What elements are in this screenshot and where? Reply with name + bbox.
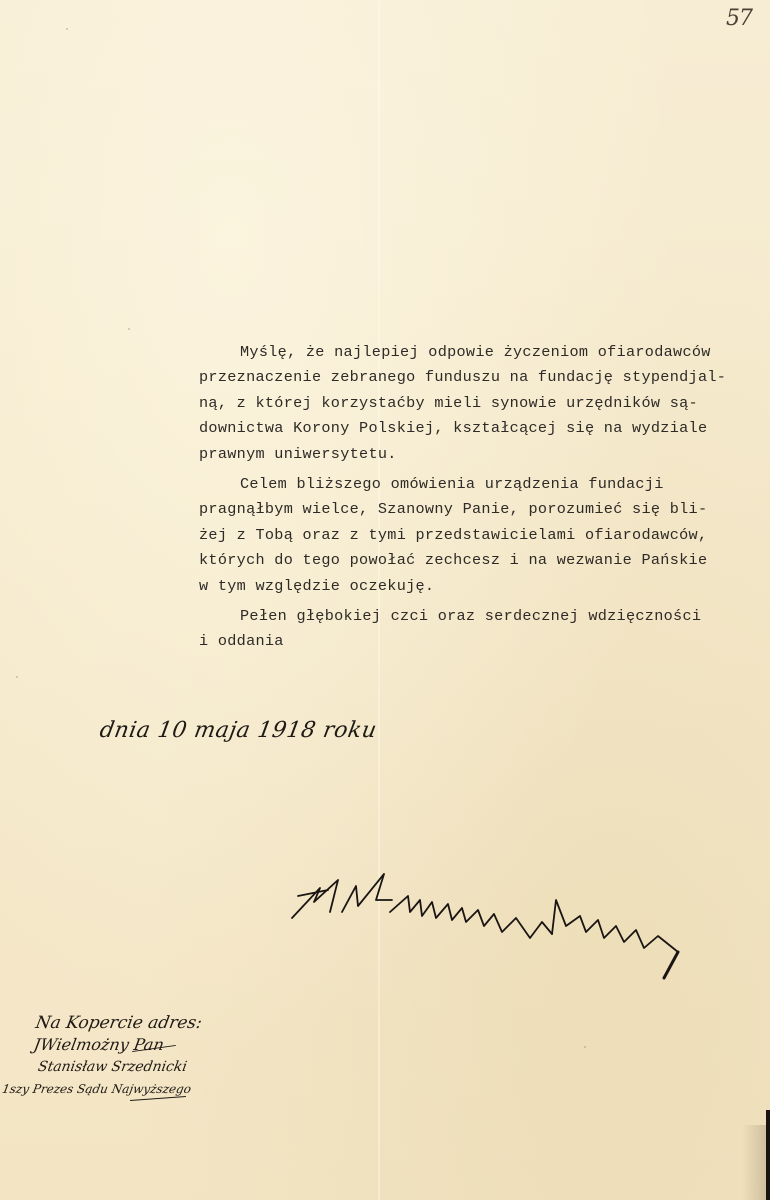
paper-speck bbox=[66, 28, 68, 30]
body-line: Celem bliższego omówienia urządzenia fun… bbox=[199, 472, 759, 497]
body-line: prawnym uniwersytetu. bbox=[199, 442, 759, 467]
address-line: Na Kopercie adres: bbox=[34, 1012, 205, 1034]
letter-body: Myślę, że najlepiej odpowie życzeniom of… bbox=[199, 340, 759, 655]
paper-speck bbox=[128, 328, 130, 330]
body-line: żej z Tobą oraz z tymi przedstawicielami… bbox=[199, 523, 759, 548]
body-line: w tym względzie oczekuję. bbox=[199, 574, 759, 599]
page-edge bbox=[766, 1110, 770, 1200]
address-line: Stanisław Srzednicki bbox=[26, 1056, 197, 1078]
body-line: pragnąłbym wielce, Szanowny Panie, poroz… bbox=[199, 497, 759, 522]
body-line: przeznaczenie zebranego funduszu na fund… bbox=[199, 365, 759, 390]
body-line: których do tego powołać zechcesz i na we… bbox=[199, 548, 759, 573]
page-number: 57 bbox=[726, 6, 752, 31]
paper-speck bbox=[584, 1046, 586, 1048]
page-edge-shadow bbox=[742, 1125, 766, 1200]
body-line: i oddania bbox=[199, 629, 759, 654]
signature bbox=[280, 860, 700, 990]
paper-speck bbox=[16, 676, 18, 678]
body-line: Pełen głębokiej czci oraz serdecznej wdz… bbox=[199, 604, 759, 629]
handwritten-date: dnia 10 maja 1918 roku bbox=[98, 718, 379, 743]
envelope-address-note: Na Kopercie adres: JWielmożny Pan Stanis… bbox=[22, 1012, 204, 1100]
body-line: ną, z której korzystaćby mieli synowie u… bbox=[199, 391, 759, 416]
body-line: Myślę, że najlepiej odpowie życzeniom of… bbox=[199, 340, 759, 365]
body-line: downictwa Korony Polskiej, kształcącej s… bbox=[199, 416, 759, 441]
